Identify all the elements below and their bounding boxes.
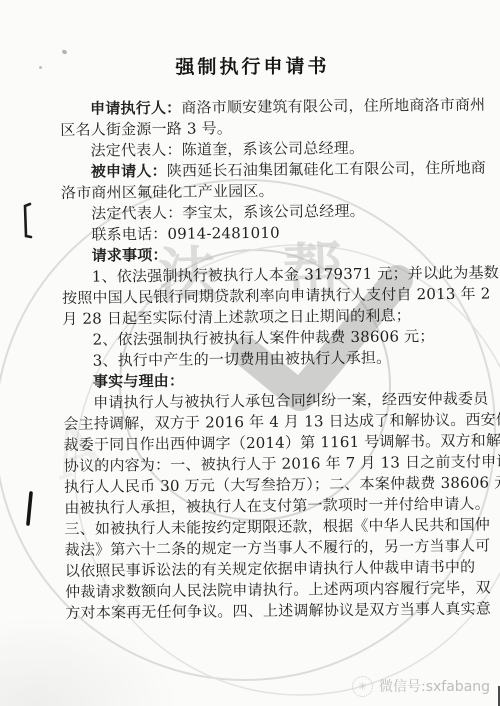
scanned-document-page: A 法 帮 强制执行申请书 申请执行人：商洛市顺安建筑有限公司，住所地商洛市商州… <box>0 0 500 706</box>
scan-artifact-marks <box>0 0 500 706</box>
wechat-footer: ✳ 微信号:sxfabang <box>352 674 490 698</box>
scan-speck <box>39 66 42 69</box>
wechat-account-avatar-icon: ✳ <box>352 676 373 697</box>
left-bracket-mark <box>25 204 31 237</box>
wechat-id-label: 微信号:sxfabang <box>379 676 490 696</box>
left-stroke-mark <box>28 493 31 524</box>
